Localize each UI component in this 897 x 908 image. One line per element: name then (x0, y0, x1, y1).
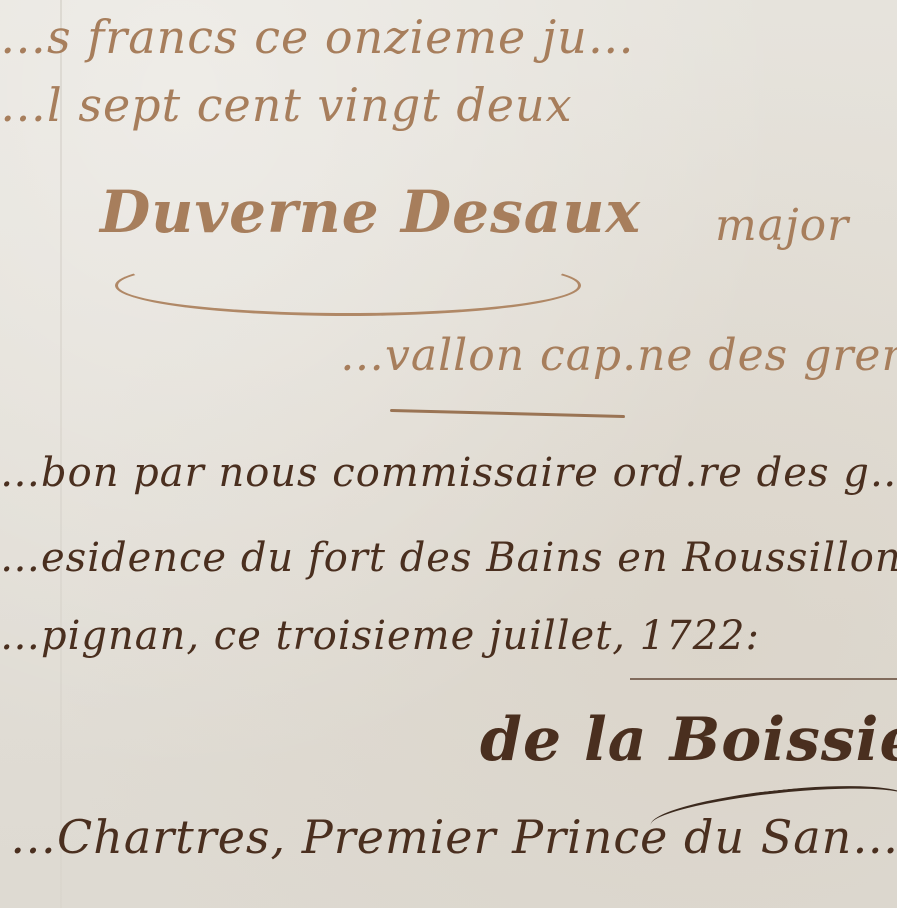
manuscript-line-5: …esidence du fort des Bains en Roussillo… (0, 535, 897, 581)
signature-de-la-boissiere: de la Boissiere (480, 705, 897, 775)
manuscript-line-6-date: …pignan, ce troisieme juillet, 1722: (0, 613, 760, 659)
signature-title: major (715, 200, 849, 251)
signature-flourish (115, 255, 581, 316)
signature-duverne-desaux: Duverne Desaux (100, 178, 641, 246)
manuscript-line-7: …Chartres, Premier Prince du San… (10, 810, 897, 864)
manuscript-line-1: …s francs ce onzieme ju… (0, 10, 635, 64)
manuscript-line-2: …l sept cent vingt deux (0, 78, 573, 132)
manuscript-line-4: …bon par nous commissaire ord.re des g… (0, 450, 897, 496)
signature-rule (630, 678, 897, 680)
manuscript-line-3: …vallon cap.ne des grena… (340, 330, 897, 381)
